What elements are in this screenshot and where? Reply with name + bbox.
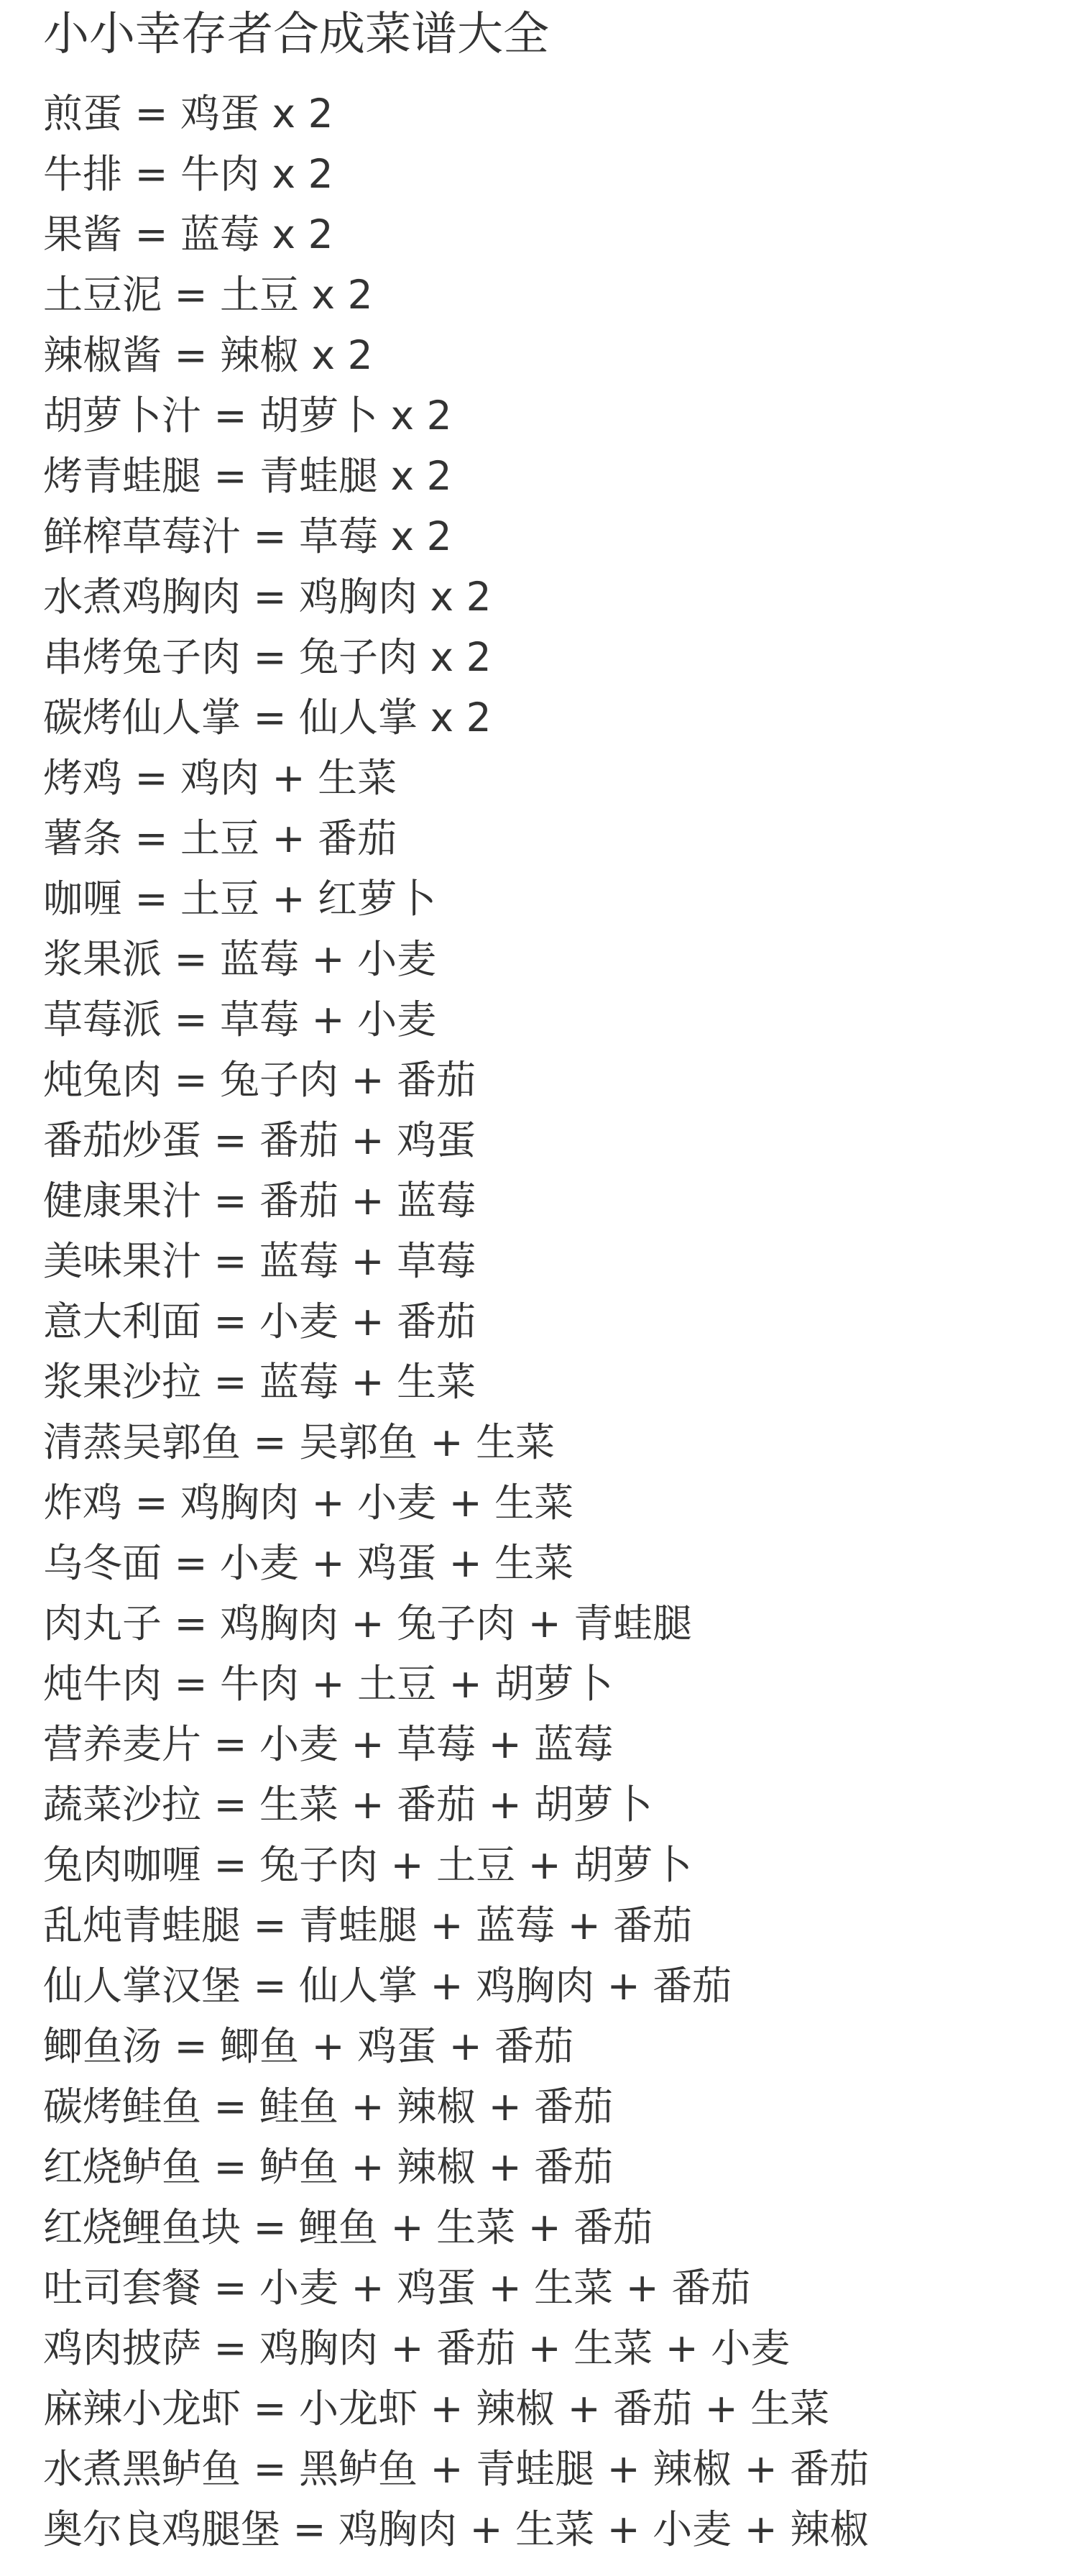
- recipe-line: 鲫鱼汤 = 鲫鱼 + 鸡蛋 + 番茄: [43, 2016, 869, 2076]
- recipe-line: 美味果汁 = 蓝莓 + 草莓: [43, 1231, 869, 1291]
- recipe-line: 兔肉咖喱 = 兔子肉 + 土豆 + 胡萝卜: [43, 1835, 869, 1895]
- recipe-line: 番茄炒蛋 = 番茄 + 鸡蛋: [43, 1110, 869, 1170]
- recipe-line: 清蒸吴郭鱼 = 吴郭鱼 + 生菜: [43, 1412, 869, 1472]
- recipe-document: 小小幸存者合成菜谱大全 煎蛋 = 鸡蛋 x 2 牛排 = 牛肉 x 2 果酱 =…: [0, 0, 1078, 2576]
- recipe-line: 鸡肉披萨 = 鸡胸肉 + 番茄 + 生菜 + 小麦: [43, 2318, 869, 2378]
- recipe-line: 鲜榨草莓汁 = 草莓 x 2: [43, 506, 869, 567]
- recipe-line: 浆果沙拉 = 蓝莓 + 生菜: [43, 1352, 869, 1412]
- recipe-line: 果酱 = 蓝莓 x 2: [43, 204, 869, 265]
- recipe-line: 碳烤仙人掌 = 仙人掌 x 2: [43, 687, 869, 748]
- recipe-line: 蔬菜沙拉 = 生菜 + 番茄 + 胡萝卜: [43, 1774, 869, 1835]
- recipe-list: 煎蛋 = 鸡蛋 x 2 牛排 = 牛肉 x 2 果酱 = 蓝莓 x 2 土豆泥 …: [43, 83, 869, 2559]
- recipe-line: 水煮鸡胸肉 = 鸡胸肉 x 2: [43, 567, 869, 627]
- recipe-line: 肉丸子 = 鸡胸肉 + 兔子肉 + 青蛙腿: [43, 1593, 869, 1654]
- recipe-line: 烤青蛙腿 = 青蛙腿 x 2: [43, 446, 869, 506]
- recipe-line: 乱炖青蛙腿 = 青蛙腿 + 蓝莓 + 番茄: [43, 1895, 869, 1956]
- recipe-line: 麻辣小龙虾 = 小龙虾 + 辣椒 + 番茄 + 生菜: [43, 2378, 869, 2439]
- recipe-line: 炖牛肉 = 牛肉 + 土豆 + 胡萝卜: [43, 1654, 869, 1714]
- recipe-line: 草莓派 = 草莓 + 小麦: [43, 989, 869, 1050]
- recipe-line: 煎蛋 = 鸡蛋 x 2: [43, 83, 869, 144]
- recipe-line: 浆果派 = 蓝莓 + 小麦: [43, 929, 869, 989]
- recipe-line: 碳烤鲑鱼 = 鲑鱼 + 辣椒 + 番茄: [43, 2076, 869, 2137]
- recipe-line: 健康果汁 = 番茄 + 蓝莓: [43, 1170, 869, 1231]
- recipe-line: 串烤兔子肉 = 兔子肉 x 2: [43, 627, 869, 687]
- recipe-line: 炸鸡 = 鸡胸肉 + 小麦 + 生菜: [43, 1472, 869, 1533]
- recipe-line: 意大利面 = 小麦 + 番茄: [43, 1291, 869, 1352]
- recipe-line: 红烧鲈鱼 = 鲈鱼 + 辣椒 + 番茄: [43, 2137, 869, 2197]
- recipe-line: 水煮黑鲈鱼 = 黑鲈鱼 + 青蛙腿 + 辣椒 + 番茄: [43, 2439, 869, 2499]
- recipe-line: 仙人掌汉堡 = 仙人掌 + 鸡胸肉 + 番茄: [43, 1956, 869, 2016]
- recipe-line: 咖喱 = 土豆 + 红萝卜: [43, 868, 869, 929]
- recipe-line: 营养麦片 = 小麦 + 草莓 + 蓝莓: [43, 1714, 869, 1774]
- recipe-line: 乌冬面 = 小麦 + 鸡蛋 + 生菜: [43, 1533, 869, 1593]
- recipe-line: 烤鸡 = 鸡肉 + 生菜: [43, 748, 869, 808]
- recipe-line: 薯条 = 土豆 + 番茄: [43, 808, 869, 868]
- recipe-line: 土豆泥 = 土豆 x 2: [43, 265, 869, 325]
- recipe-line: 红烧鲤鱼块 = 鲤鱼 + 生菜 + 番茄: [43, 2197, 869, 2258]
- recipe-line: 炖兔肉 = 兔子肉 + 番茄: [43, 1050, 869, 1110]
- recipe-line: 吐司套餐 = 小麦 + 鸡蛋 + 生菜 + 番茄: [43, 2258, 869, 2318]
- page-title: 小小幸存者合成菜谱大全: [43, 4, 549, 65]
- recipe-line: 奥尔良鸡腿堡 = 鸡胸肉 + 生菜 + 小麦 + 辣椒: [43, 2499, 869, 2559]
- recipe-line: 胡萝卜汁 = 胡萝卜 x 2: [43, 385, 869, 446]
- recipe-line: 辣椒酱 = 辣椒 x 2: [43, 325, 869, 385]
- recipe-line: 牛排 = 牛肉 x 2: [43, 144, 869, 204]
